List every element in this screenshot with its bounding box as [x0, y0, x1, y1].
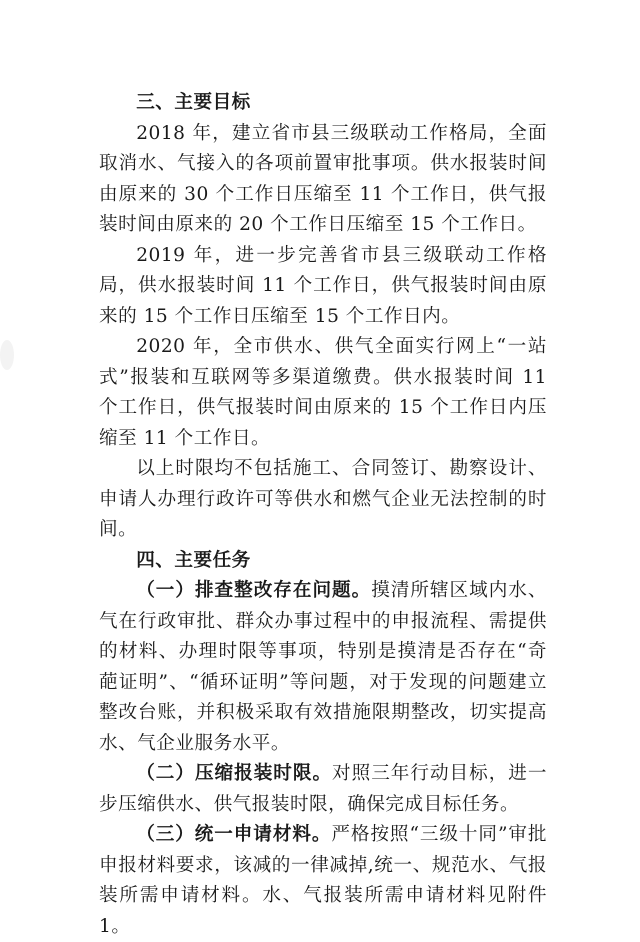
task-item-3-title: （三）统一申请材料。 — [136, 824, 331, 845]
task-item-2-title: （二）压缩报装时限。 — [136, 763, 332, 784]
document-page: 三、主要目标 2018 年，建立省市县三级联动工作格局，全面取消水、气接入的各项… — [99, 88, 547, 942]
task-item-2: （二）压缩报装时限。对照三年行动目标，进一步压缩供水、供气报装时限，确保完成目标… — [99, 759, 547, 820]
task-item-3: （三）统一申请材料。严格按照“三级十同”审批申报材料要求，该减的一律减掉,统一、… — [99, 820, 547, 942]
paragraph-2020: 2020 年，全市供水、供气全面实行网上“一站式”报装和互联网等多渠道缴费。供水… — [99, 332, 547, 454]
section-heading-goals: 三、主要目标 — [99, 88, 547, 119]
section-heading-tasks: 四、主要任务 — [99, 546, 547, 577]
paragraph-time-limit-note: 以上时限均不包括施工、合同签订、勘察设计、申请人办理行政许可等供水和燃气企业无法… — [99, 454, 547, 546]
task-item-1-title: （一）排查整改存在问题。 — [136, 580, 371, 601]
task-item-1-body: 摸清所辖区域内水、气在行政审批、群众办事过程中的申报流程、需提供的材料、办理时限… — [99, 580, 547, 754]
scan-artifact — [0, 340, 14, 370]
paragraph-2019: 2019 年，进一步完善省市县三级联动工作格局，供水报装时间 11 个工作日，供… — [99, 241, 547, 333]
paragraph-2018: 2018 年，建立省市县三级联动工作格局，全面取消水、气接入的各项前置审批事项。… — [99, 119, 547, 241]
task-item-1: （一）排查整改存在问题。摸清所辖区域内水、气在行政审批、群众办事过程中的申报流程… — [99, 576, 547, 759]
